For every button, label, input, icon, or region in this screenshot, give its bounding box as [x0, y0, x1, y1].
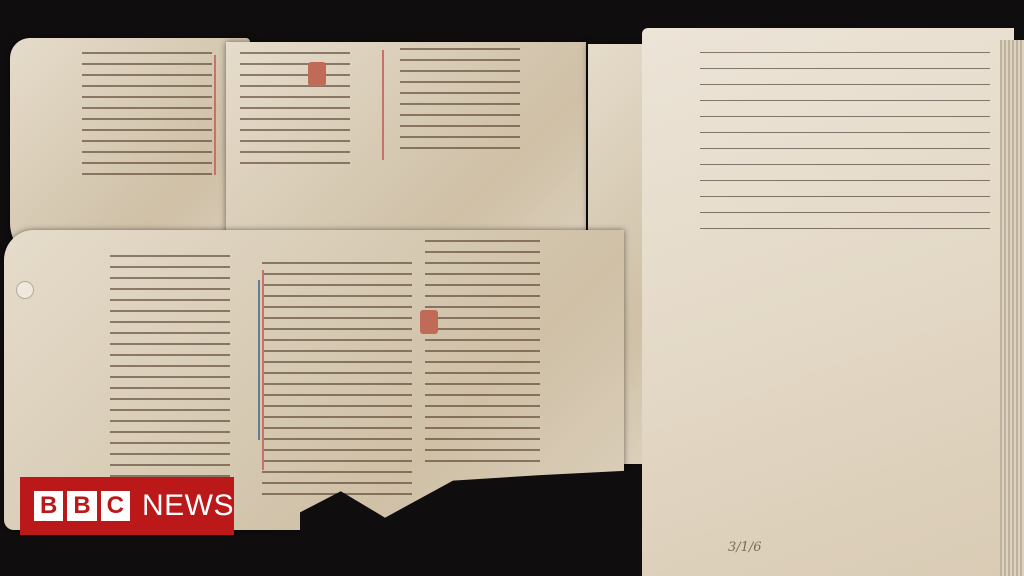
text-block: [240, 52, 350, 170]
bbc-letter-box: B: [34, 491, 63, 521]
bbc-letter-box: C: [101, 491, 130, 521]
rubric-line: [262, 270, 264, 470]
text-block: [82, 52, 212, 182]
folio-number: 3/1/6: [728, 540, 762, 555]
text-block: [262, 262, 412, 502]
book-page-edges: [1000, 40, 1024, 576]
rubric-line: [382, 50, 384, 160]
bbc-letter-box: B: [67, 491, 96, 521]
rubric-line: [258, 280, 260, 440]
text-block: [400, 48, 520, 158]
news-wordmark: NEWS: [142, 489, 234, 523]
handwritten-text: [700, 52, 990, 232]
bbc-news-logo: B B C NEWS: [20, 477, 234, 535]
decorated-initial: [308, 62, 326, 86]
text-block: [425, 240, 540, 470]
text-block: [110, 255, 230, 495]
decorated-initial: [420, 310, 438, 334]
binding-hole: [16, 281, 34, 299]
rubric-line: [214, 55, 216, 175]
